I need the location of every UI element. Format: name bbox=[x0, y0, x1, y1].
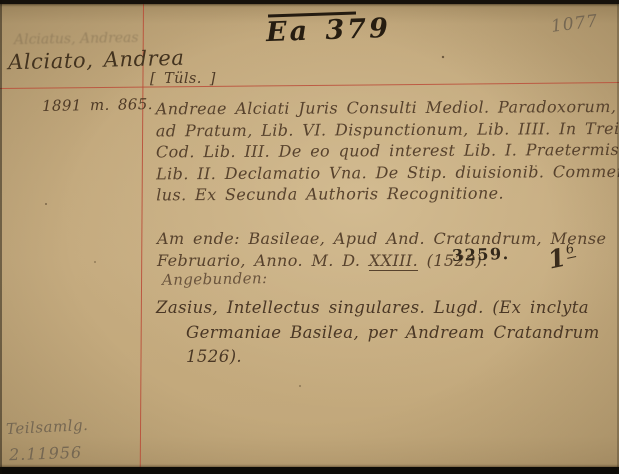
bottom-number: 2.11956 bbox=[9, 443, 83, 465]
title-line: ad Pratum, Lib. VI. Dispunctionum, Lib. … bbox=[156, 117, 619, 141]
scan-border-left bbox=[0, 0, 2, 474]
accession-number: 3259. bbox=[452, 244, 510, 265]
catalog-card-scan: Ea 379 1077 Alciatus, Andreas Alciato, A… bbox=[0, 0, 619, 474]
title-line: Andreae Alciati Juris Consulti Mediol. P… bbox=[156, 96, 619, 120]
imprint-roman-year: XXIII. bbox=[369, 251, 418, 271]
title-line: Lib. II. Declamatio Vna. De Stip. diuisi… bbox=[156, 160, 619, 184]
red-horizontal-rule bbox=[0, 82, 619, 89]
call-number: Ea 379 bbox=[265, 13, 391, 48]
imprint-date-pre: Februario, Anno. M. D. bbox=[157, 251, 369, 270]
pencil-number: 1077 bbox=[550, 11, 599, 37]
erased-pencil-heading: Alciatus, Andreas bbox=[14, 30, 139, 48]
title-transcription: Andreae Alciati Juris Consulti Mediol. P… bbox=[156, 96, 619, 207]
annotation-bracket: [ Tüls. ] bbox=[150, 71, 216, 87]
title-line: lus. Ex Secunda Authoris Recognitione. bbox=[156, 182, 619, 206]
scan-border-bottom bbox=[0, 467, 619, 474]
bound-with-line: 1526). bbox=[186, 345, 600, 370]
old-shelfmark: 1891 m. 865. bbox=[42, 95, 153, 115]
collection-note: Teilsamlg. bbox=[6, 416, 89, 438]
red-vertical-rule bbox=[140, 3, 145, 468]
price-mark: 16 bbox=[545, 240, 578, 274]
bound-with-label: Angebunden: bbox=[162, 269, 268, 289]
bound-with-entry: Zasius, Intellectus singulares. Lugd. (E… bbox=[156, 296, 600, 370]
imprint-line: Februario, Anno. M. D. XXIII. (1523). bbox=[157, 250, 606, 272]
imprint-line: Am ende: Basileae, Apud And. Cratandrum,… bbox=[157, 228, 606, 250]
bound-with-line: Zasius, Intellectus singulares. Lugd. (E… bbox=[156, 296, 600, 321]
bound-with-line: Germaniae Basilea, per Andream Cratandru… bbox=[186, 321, 600, 346]
author-heading: Alciato, Andrea bbox=[8, 46, 185, 75]
title-line: Cod. Lib. III. De eo quod interest Lib. … bbox=[156, 139, 619, 163]
scan-border-top bbox=[0, 0, 619, 4]
imprint-note: Am ende: Basileae, Apud And. Cratandrum,… bbox=[157, 228, 606, 271]
